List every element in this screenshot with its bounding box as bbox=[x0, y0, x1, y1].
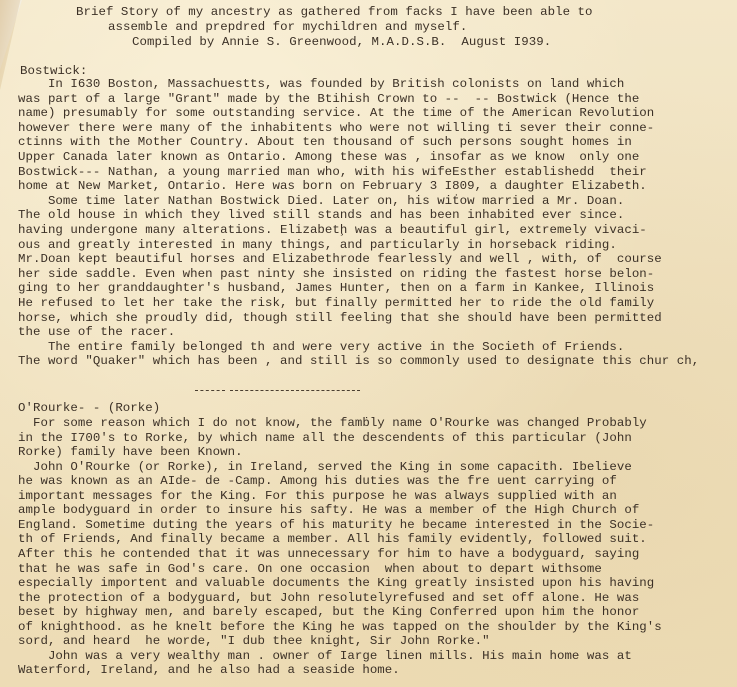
text-line: name) presumably for some outstanding se… bbox=[18, 106, 654, 121]
text-line: ous and greatly interested in many thing… bbox=[18, 238, 617, 253]
text-line: Bostwick--- Nathan, a young married man … bbox=[18, 165, 647, 180]
text-line: Upper Canada later known as Ontario. Amo… bbox=[18, 150, 639, 165]
text-line: her side saddle. Even when past ninty sh… bbox=[18, 267, 654, 282]
text-line: England. Sometime duting the years of hi… bbox=[18, 518, 654, 533]
text-line: The old house in which they lived still … bbox=[18, 208, 624, 223]
text-line: ctinns with the Mother Country. About te… bbox=[18, 135, 632, 150]
text-line: important messages for the King. For thi… bbox=[18, 489, 617, 504]
text-line: home at New Market, Ontario. Here was bo… bbox=[18, 179, 647, 194]
header-line-2: assemble and prepdred for mychildren and… bbox=[108, 20, 467, 35]
section-separator-short bbox=[195, 390, 225, 391]
text-line: beset by highway men, and barely escaped… bbox=[18, 605, 639, 620]
text-line: John was a very wealthy man . owner of I… bbox=[18, 649, 632, 664]
header-line-1: Brief Story of my ancestry as gathered f… bbox=[76, 5, 593, 20]
text-line: Mr.Doan kept beautiful horses and Elizab… bbox=[18, 252, 662, 267]
text-line: of knighthood. as he knelt before the Ki… bbox=[18, 620, 662, 635]
text-line: Waterford, Ireland, and he also had a se… bbox=[18, 663, 400, 678]
text-line: Rorke) family have been Known. bbox=[18, 445, 243, 460]
text-line: however there were many of the inhabiten… bbox=[18, 121, 654, 136]
section-separator bbox=[230, 390, 360, 391]
text-line: ging to her granddaughter's husband, Jam… bbox=[18, 281, 654, 296]
text-line: in the I700's to Rorke, by which name al… bbox=[18, 431, 632, 446]
text-line: especially importent and valuable docume… bbox=[18, 576, 654, 591]
text-line: having undergone many alterations. Eliza… bbox=[18, 223, 647, 238]
text-line: After this he contended that it was unne… bbox=[18, 547, 639, 562]
text-line: He refused to let her take the risk, but… bbox=[18, 296, 654, 311]
text-line: he was known as an AIde- de -Camp. Among… bbox=[18, 474, 617, 489]
text-line: The word "Quaker" which has been , and s… bbox=[18, 354, 699, 369]
text-line: th of Friends, And finally became a memb… bbox=[18, 532, 647, 547]
text-line: ample bodyguard in order to insure his s… bbox=[18, 503, 639, 518]
text-line: For some reason which I do not know, the… bbox=[18, 416, 647, 431]
text-line: that he was safe in God's care. On one o… bbox=[18, 562, 602, 577]
text-line: John O'Rourke (or Rorke), in Ireland, se… bbox=[18, 460, 632, 475]
text-line: the protection of a bodyguard, but John … bbox=[18, 591, 639, 606]
text-line: Some time later Nathan Bostwick Died. La… bbox=[18, 194, 624, 209]
header-line-3: Compiled by Annie S. Greenwood, M.A.D.S.… bbox=[132, 35, 551, 50]
text-line: was part of a large "Grant" made by the … bbox=[18, 92, 639, 107]
text-line: the use of the racer. bbox=[18, 325, 175, 340]
text-line: sord, and heard he worde, "I dub thee kn… bbox=[18, 634, 490, 649]
text-line: horse, which she proudly did, though sti… bbox=[18, 311, 662, 326]
text-line: In I630 Boston, Massachuestts, was found… bbox=[18, 77, 624, 92]
section-heading-orourke: O'Rourke- - (Rorke) bbox=[18, 401, 160, 416]
text-line: The entire family belonged th and were v… bbox=[18, 340, 624, 355]
